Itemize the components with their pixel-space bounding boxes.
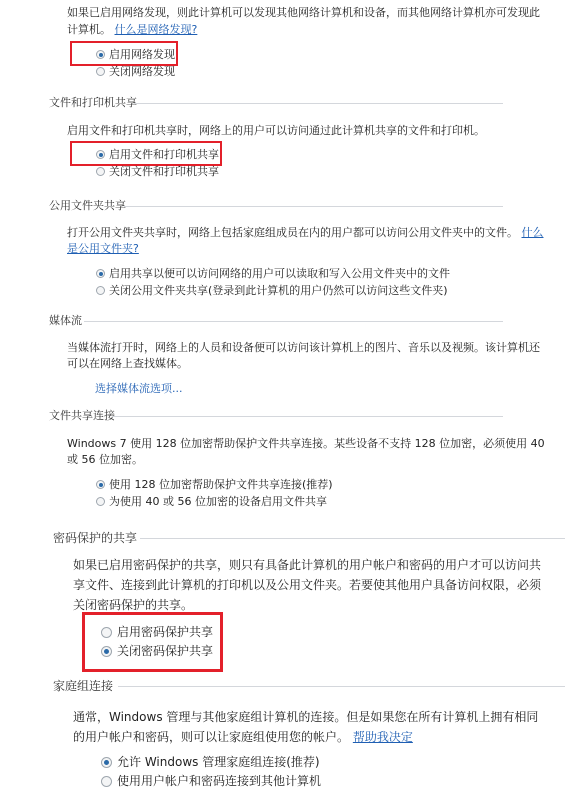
- password-sharing-description-line2: 享文件、连接到此计算机的打印机以及公用文件夹。若要使其他用户具备访问权限，必须: [73, 575, 541, 595]
- radio-use-user-accounts-passwords[interactable]: 使用用户帐户和密码连接到其他计算机: [101, 771, 321, 791]
- network-discovery-description-text: 计算机。: [67, 23, 111, 36]
- radio-unchecked-icon[interactable]: [96, 67, 105, 76]
- radio-disable-public-folder-sharing[interactable]: 关闭公用文件夹共享(登录到此计算机的用户仍然可以访问这些文件夹): [96, 282, 448, 299]
- radio-allow-windows-manage-homegroup[interactable]: 允许 Windows 管理家庭组连接(推荐): [101, 752, 320, 772]
- section-divider: [140, 538, 565, 539]
- radio-checked-icon[interactable]: [101, 646, 112, 657]
- section-title-file-printer-sharing: 文件和打印机共享: [49, 96, 137, 110]
- radio-label: 启用文件和打印机共享: [109, 146, 219, 163]
- radio-enable-file-printer-sharing[interactable]: 启用文件和打印机共享: [96, 146, 219, 163]
- homegroup-description-line1: 通常，Windows 管理与其他家庭组计算机的连接。但是如果您在所有计算机上拥有…: [73, 707, 538, 727]
- radio-enable-public-folder-sharing[interactable]: 启用共享以便可以访问网络的用户可以读取和写入公用文件夹中的文件: [96, 265, 450, 282]
- password-sharing-description-line1: 如果已启用密码保护的共享，则只有具备此计算机的用户帐户和密码的用户才可以访问共: [73, 555, 541, 575]
- radio-checked-icon[interactable]: [101, 757, 112, 768]
- section-title-media-streaming: 媒体流: [49, 314, 82, 328]
- homegroup-description-text: 的用户帐户和密码，则可以让家庭组使用您的帐户。: [73, 730, 349, 744]
- section-divider: [134, 103, 503, 104]
- radio-label: 使用用户帐户和密码连接到其他计算机: [117, 771, 321, 791]
- radio-disable-password-protected-sharing[interactable]: 关闭密码保护共享: [101, 641, 213, 661]
- public-folder-description-line2: 是公用文件夹?: [67, 240, 139, 257]
- radio-enable-network-discovery[interactable]: 启用网络发现: [96, 46, 175, 63]
- radio-disable-file-printer-sharing[interactable]: 关闭文件和打印机共享: [96, 163, 219, 180]
- radio-unchecked-icon[interactable]: [96, 497, 105, 506]
- radio-checked-icon[interactable]: [96, 50, 105, 59]
- radio-label: 允许 Windows 管理家庭组连接(推荐): [117, 752, 320, 772]
- public-folder-description-line1: 打开公用文件夹共享时，网络上包括家庭组成员在内的用户都可以访问公用文件夹中的文件…: [67, 224, 544, 241]
- radio-label: 启用共享以便可以访问网络的用户可以读取和写入公用文件夹中的文件: [109, 265, 450, 282]
- homegroup-description-line2: 的用户帐户和密码，则可以让家庭组使用您的帐户。 帮助我决定: [73, 727, 413, 747]
- file-printer-sharing-description: 启用文件和打印机共享时，网络上的用户可以访问通过此计算机共享的文件和打印机。: [67, 122, 485, 139]
- radio-label: 启用网络发现: [109, 46, 175, 63]
- section-divider: [118, 686, 565, 687]
- what-is-public-folder-link-part2[interactable]: 是公用文件夹?: [67, 242, 139, 255]
- network-discovery-description-line2: 计算机。 什么是网络发现?: [67, 21, 197, 38]
- help-me-decide-link[interactable]: 帮助我决定: [353, 730, 413, 744]
- what-is-network-discovery-link[interactable]: 什么是网络发现?: [115, 23, 198, 36]
- radio-use-128bit-encryption[interactable]: 使用 128 位加密帮助保护文件共享连接(推荐): [96, 476, 333, 493]
- radio-unchecked-icon[interactable]: [96, 286, 105, 295]
- radio-checked-icon[interactable]: [96, 480, 105, 489]
- section-title-homegroup-connections: 家庭组连接: [53, 678, 113, 694]
- radio-label: 关闭网络发现: [109, 63, 175, 80]
- file-sharing-connections-description-line2: 或 56 位加密。: [67, 451, 143, 468]
- radio-unchecked-icon[interactable]: [96, 167, 105, 176]
- radio-label: 关闭公用文件夹共享(登录到此计算机的用户仍然可以访问这些文件夹): [109, 282, 448, 299]
- radio-checked-icon[interactable]: [96, 269, 105, 278]
- section-title-file-sharing-connections: 文件共享连接: [49, 409, 115, 423]
- radio-label: 为使用 40 或 56 位加密的设备启用文件共享: [109, 493, 327, 510]
- radio-unchecked-icon[interactable]: [101, 776, 112, 787]
- section-title-public-folder-sharing: 公用文件夹共享: [49, 199, 126, 213]
- radio-enable-password-protected-sharing[interactable]: 启用密码保护共享: [101, 622, 213, 642]
- section-title-password-protected-sharing: 密码保护的共享: [53, 530, 137, 546]
- radio-label: 关闭文件和打印机共享: [109, 163, 219, 180]
- section-divider: [84, 321, 503, 322]
- radio-disable-network-discovery[interactable]: 关闭网络发现: [96, 63, 175, 80]
- what-is-public-folder-link-part1[interactable]: 什么: [522, 226, 544, 239]
- section-divider: [124, 206, 503, 207]
- choose-media-streaming-options-link[interactable]: 选择媒体流选项...: [95, 380, 183, 397]
- radio-label: 使用 128 位加密帮助保护文件共享连接(推荐): [109, 476, 333, 493]
- public-folder-description-text: 打开公用文件夹共享时，网络上包括家庭组成员在内的用户都可以访问公用文件夹中的文件…: [67, 226, 518, 239]
- network-discovery-description-line1: 如果已启用网络发现，则此计算机可以发现其他网络计算机和设备，而其他网络计算机亦可…: [67, 4, 540, 21]
- radio-unchecked-icon[interactable]: [101, 627, 112, 638]
- media-streaming-description-line1: 当媒体流打开时，网络上的人员和设备便可以访问该计算机上的图片、音乐以及视频。该计…: [67, 339, 540, 356]
- radio-label: 关闭密码保护共享: [117, 641, 213, 661]
- section-divider: [112, 416, 503, 417]
- radio-enable-40-56bit-encryption[interactable]: 为使用 40 或 56 位加密的设备启用文件共享: [96, 493, 327, 510]
- radio-checked-icon[interactable]: [96, 150, 105, 159]
- media-streaming-description-line2: 可以在网络上查找媒体。: [67, 355, 188, 372]
- file-sharing-connections-description-line1: Windows 7 使用 128 位加密帮助保护文件共享连接。某些设备不支持 1…: [67, 435, 545, 452]
- radio-label: 启用密码保护共享: [117, 622, 213, 642]
